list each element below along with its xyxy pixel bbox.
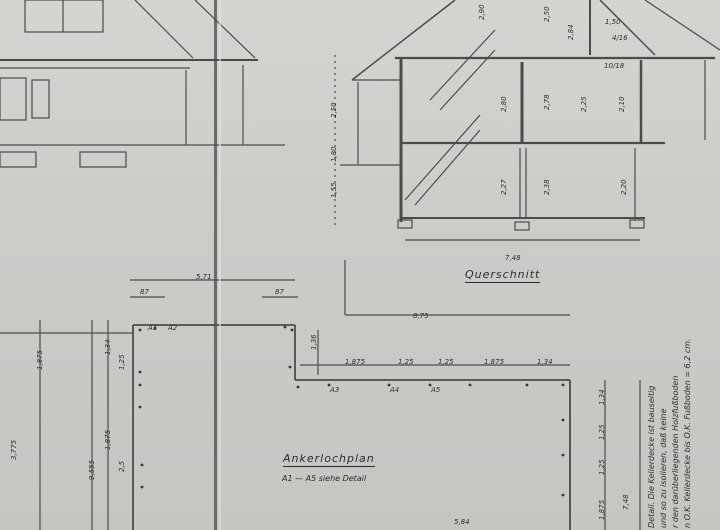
- corner-dim-right: 87: [275, 288, 284, 296]
- roof-slope: 4/16: [612, 34, 628, 42]
- section-width-dim: 7,48: [505, 254, 521, 262]
- right-chain-dim: 1,875: [598, 500, 606, 520]
- right-total-dim: 7,48: [622, 494, 630, 510]
- left-dim: 1,875: [36, 350, 44, 370]
- right-chain-dim: 1,25: [598, 459, 606, 475]
- anchor-label: A2: [168, 324, 177, 332]
- left-dim: 1,25: [118, 354, 126, 370]
- beam-size: 10/18: [604, 62, 624, 70]
- paper-fold-line: [214, 0, 217, 530]
- main-dim: 8,75: [413, 312, 429, 320]
- section-height-dim: 1,80: [330, 146, 338, 162]
- section-height-dim: 1,55: [330, 182, 338, 198]
- attic-height-dim: 2,50: [543, 6, 551, 22]
- upper-height-dim: 2,10: [618, 96, 626, 112]
- anchor-plan-subtitle: A1 — A5 siehe Detail: [282, 474, 366, 483]
- top-dim: 5,71: [196, 273, 212, 281]
- left-dim: 3,775: [10, 440, 18, 460]
- anchor-label: A3: [330, 386, 339, 394]
- elevation-window-upper: [25, 0, 103, 32]
- chain-dim: 1,25: [438, 358, 454, 366]
- detail-note-line: r den darüberliegenden Holzfußboden: [670, 288, 682, 528]
- left-dim: 9,555: [88, 460, 96, 480]
- attic-height-dim: 1,50: [605, 18, 621, 26]
- corner-dim-left: 87: [140, 288, 149, 296]
- right-chain-dim: 1,34: [598, 389, 606, 405]
- anchor-label: A4: [390, 386, 399, 394]
- detail-note-line: Detail. Die Kellerdecke ist bauseitig: [646, 288, 658, 528]
- upper-height-dim: 2,78: [543, 94, 551, 110]
- lower-height-dim: 2,38: [543, 179, 551, 195]
- anchor-label: A1: [148, 324, 157, 332]
- chain-dim: 1,875: [345, 358, 365, 366]
- detail-note: Detail. Die Kellerdecke ist bauseitig un…: [646, 288, 694, 528]
- blueprint-drawing: [0, 0, 720, 530]
- step-dim: 1,36: [310, 334, 318, 350]
- bottom-dim: 5,84: [454, 518, 470, 526]
- anchor-label: A5: [431, 386, 440, 394]
- lower-height-dim: 2,20: [620, 179, 628, 195]
- left-dim: 1,875: [104, 430, 112, 450]
- detail-note-line: und so zu isolieren, daß keine: [658, 288, 670, 528]
- left-dim: 2,5: [118, 461, 126, 472]
- blueprint-sheet: Querschnitt 7,48 2,50 1,80 1,55 2,90 2,5…: [0, 0, 720, 530]
- anchor-plan-title: Ankerlochplan: [283, 452, 375, 467]
- upper-height-dim: 2,25: [580, 96, 588, 112]
- attic-height-dim: 2,84: [567, 24, 575, 40]
- lower-height-dim: 2,27: [500, 179, 508, 195]
- section-title: Querschnitt: [465, 268, 540, 283]
- chain-dim: 1,875: [484, 358, 504, 366]
- chain-dim: 1,34: [537, 358, 553, 366]
- chain-dim: 1,25: [398, 358, 414, 366]
- upper-height-dim: 2,80: [500, 96, 508, 112]
- detail-note-line: n O.K. Kellerdecke bis O.K. Fußboden = 6…: [682, 288, 694, 528]
- section-height-dim: 2,50: [330, 102, 338, 118]
- paper-fold-highlight: [219, 0, 221, 530]
- left-dim: 1,34: [104, 339, 112, 355]
- attic-height-dim: 2,90: [478, 4, 486, 20]
- right-chain-dim: 1,25: [598, 424, 606, 440]
